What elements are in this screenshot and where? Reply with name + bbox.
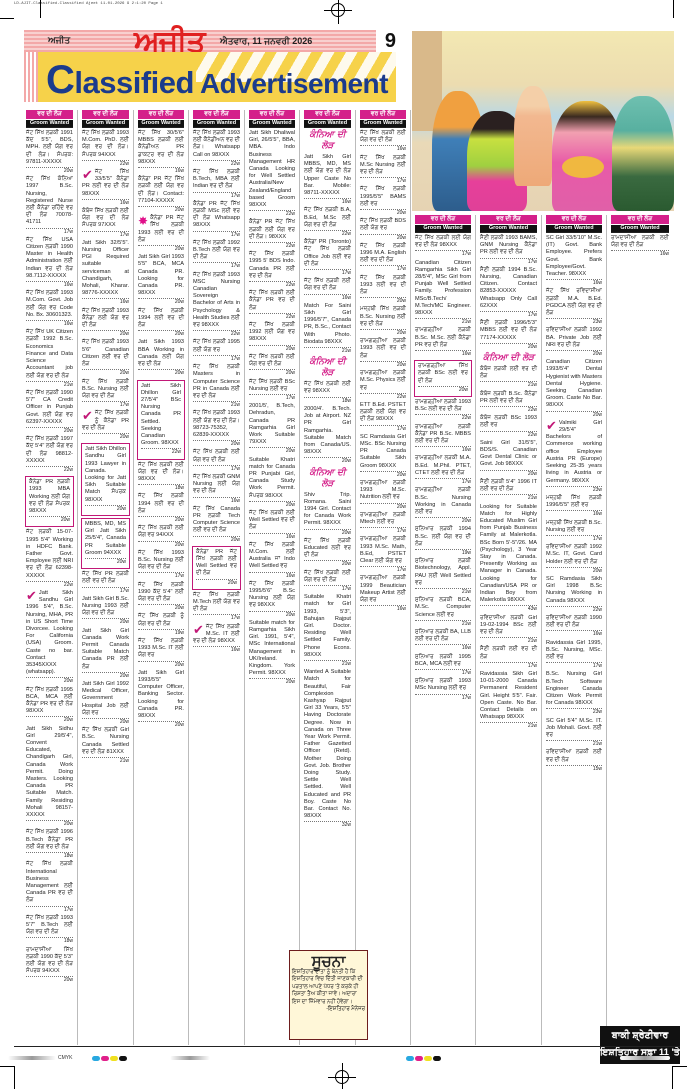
title-word-1: lassified <box>74 65 194 100</box>
ad-text: ਕੈਨੇਡਾ PR ਜੱਟ ਸਿੱਖ ਲੜਕੀ MSc ਲਈ ਵਰ ਦੀ ਲੋੜ… <box>193 201 240 229</box>
classified-ad: Jatt Sikh Sidhu Girl 29/5'4", Convent Ed… <box>22 726 77 829</box>
ad-word-count: 16w <box>249 533 295 541</box>
ad-word-count: 17w <box>360 425 406 433</box>
crop-mark <box>673 0 674 18</box>
classified-ad: Suitable Khatri match for Canada PR Punj… <box>245 457 299 509</box>
figure-child <box>514 86 552 186</box>
ad-word-count: 22w <box>26 466 73 474</box>
classified-ad: ਜੱਟ ਸਿੱਖ ਲੜਕੀ 1993 M.Com. PhD. ਲਈ ਯੋਗ ਵਰ… <box>78 130 133 168</box>
classified-ad: ਜੱਟ ਸਿੱਖ ਲੜਕੀ Girl B.Sc. Nursing Canada … <box>78 727 133 765</box>
classified-ad: ਜੱਟ ਸਿੱਖ ਲੜਕੀ 1997 ਕੱਦ 5'4" ਲਈ ਯੋਗ ਵਰ ਦੀ… <box>22 436 77 474</box>
ad-text: Match For Saini Sikh Girl 1996/5'7", Can… <box>304 303 351 345</box>
ad-word-count: 22w <box>480 431 537 439</box>
ad-text: Jatt Sikh Girl B.Sc. Nursing 1993 ਲਈ ਯੋਗ… <box>82 596 129 616</box>
classified-ad: ਰਾਮਗੜ੍ਹੀਆ ਲੜਕੀ M.A. B.Ed. M.Phil. PTET, … <box>411 455 475 486</box>
classified-ad: ਜੱਟ ਸਿੱਖ ਲੜਕੀ 1996 M.A. English ਲਈ ਵਰ ਦੀ… <box>356 243 410 274</box>
ad-text: ਜੱਟ ਸਿੱਖ ਲੜਕੀ ਲਈ Well Settled ਵਰ ਦੀ ਲੋੜ <box>249 510 295 530</box>
section-header: ਵਰ ਦੀ ਲੋੜ <box>360 110 406 119</box>
ad-word-count: 20w <box>26 976 73 984</box>
ad-text: 2001/5', B.Tech, Dehradun, Canada PR Ram… <box>249 403 295 445</box>
ad-text: ਜੱਟ ਸਿੱਖ ਲੜਕੀ 1995 BCA, MCA ਲਈ ਕੈਨੇਡਾ PR… <box>26 687 73 715</box>
ad-word-count: 20w <box>304 457 351 465</box>
ad-text: ਰਾਮਗੜ੍ਹੀਆ ਲੜਕੀ 1993 B.Sc ਲਈ ਵਰ ਦੀ ਲੋੜ <box>415 399 471 412</box>
classified-ad: MBBS, MD, MS Girl Jatt Sikh 25/5'4", Can… <box>81 518 130 569</box>
ad-text: ਜੱਟ ਸਿੱਖ ਲੜਕੀ GNM Nursing ਲਈ ਯੋਗ ਵਰ ਦੀ ਲ… <box>193 474 240 494</box>
section-subheader: Groom Wanted <box>360 120 406 128</box>
classified-ad: ਜੱਟ ਸਿੱਖ ਲੜਕੀ 1992 B.Tech ਲਈ ਯੋਗ ਵਰ ਦੀ ਲ… <box>189 240 244 271</box>
ad-text: SC Girl 33/5'10" M.Sc. (IT) Govt. Bank E… <box>546 235 602 277</box>
ad-text: ਜੱਟ ਸਿੱਖ ਲੜਕੀ ਲਈ ਯੋਗ ਵਰ ਦੀ ਲੋੜ। 98XXX <box>138 462 184 482</box>
ad-text: ਜੱਟ ਸਿੱਖ ਲੜਕੀ ਲਈ ਯੋਗ ਵਰ ਦੀ ਲੋੜ <box>360 130 406 143</box>
ad-word-count: 20w <box>138 245 184 253</box>
ad-word-count: 20w <box>82 672 129 680</box>
ad-text: ਜੱਟ ਸਿੱਖ ਰਵਿਦਾਸੀਆ ਲੜਕੀ M.A. B.Ed. PGDCA … <box>546 288 602 316</box>
ad-word-count: 20w <box>85 505 126 513</box>
classified-ad: ਜੱਟ ਸਿੱਖ ਲੜਕੀ 1995 ਲਈ ਯੋਗ ਵਰ17w <box>189 339 244 363</box>
ad-text: Jatt Sikh Girl Canada Work Permit Canada… <box>82 628 129 670</box>
section-header: ਵਰ ਦੀ ਲੋੜ <box>138 110 184 119</box>
classified-ad: ਜੱਟ ਸਿੱਖ ਲੜਕੀ 1994 ਲਈ ਵਰ ਦੀ ਲੋੜ20w <box>134 308 188 339</box>
ad-word-count: 16w <box>193 497 240 505</box>
classified-ad: ਜੱਟ ਸਿੱਖ ਲੜਕੀ ਲਈ ਯੋਗ ਵਰ ਦੀ ਲੋੜ17w <box>300 570 355 594</box>
ad-word-count: 21w <box>480 722 537 730</box>
classified-ad: Jatt Sikh Dhillon Girl 27/5'4" BSc Nursi… <box>137 380 185 460</box>
ad-word-count: 20w <box>304 529 351 537</box>
ad-text: Jatt Sikh Sandhu Girl 1996 5'4", B.Sc. N… <box>26 590 73 675</box>
ad-text: ਜੱਟ ਸਿੱਖ ਲੜਕੀ ਲਈ ਯੋਗ ਵਰ 94XXX <box>138 525 184 538</box>
ad-word-count: 16w <box>26 320 73 328</box>
classified-ad: Suitable Khatri match for Girl 1993, 5'3… <box>300 594 355 668</box>
ad-text: ਜੱਟ ਸਿੱਖ ਲੜਕੀ 1993 MSC Nursing Canadian … <box>193 272 240 328</box>
classified-ad: ਜੱਟ ਸਿੱਖ ਲੜਕੀ ਲਈ ਕੈਨੇਡਾ PR ਵਰ ਦੀ ਲੋੜ22w <box>245 290 299 321</box>
ad-text: ਜੱਟ ਸਿੱਖ 33/5'5" ਕੈਨੇਡਾ PR ਲਈ ਵਰ ਦੀ ਲੋੜ … <box>82 169 129 197</box>
category-banner: ਕੰਨਿਆ ਦੀ ਲੋੜ <box>480 353 537 364</box>
classified-ad: 2001/5', B.Tech, Dehradun, Canada PR Ram… <box>245 403 299 455</box>
ad-text: Looking for Suitable Match for Highly Ed… <box>480 504 537 604</box>
ad-text: ਜੱਟ ਲੜਕੀ 15-07-1995 5'4" Working in HDFC… <box>26 529 73 578</box>
title-word-2: Advertisement <box>200 68 388 99</box>
notice-title: ਸੂਚਨਾ <box>292 953 365 969</box>
classified-column: ਵਰ ਦੀ ਲੋੜGroom Wantedਰਾਮਦਾਸੀਆ ਲੜਕੀ ਲਈ ਯੋ… <box>607 215 673 1022</box>
ad-word-count: 21w <box>415 318 471 326</box>
ad-word-count: 20w <box>249 447 295 455</box>
footer-rule <box>14 1046 680 1047</box>
phulkari-cloth <box>562 156 604 178</box>
classified-ad: ਜੱਟ ਸਿੱਖ ਲੜਕੀ 1993 5'6" Canadian Citizen… <box>78 339 133 377</box>
ad-word-count: 17w <box>82 231 129 239</box>
ad-text: ਜੱਟ ਸਿੱਖ ਲੜਕੀ M.Tech ਲਈ ਯੋਗ ਵਰ ਦੀ ਲੋੜ <box>193 592 240 612</box>
ad-text: ਰਾਮਗੜ੍ਹੀਆ ਲੜਕੀ B.Sc. Nursing Working in … <box>415 487 471 515</box>
ad-word-count: 21w <box>480 494 537 502</box>
ad-text: ਕੰਬੋਜ ਲੜਕੀ ਲਈ ਵਰ ਦੀ ਲੋੜ <box>480 366 537 379</box>
classified-ad: Shiv Trip. Romana. Saini 1994 Girl. Cont… <box>300 492 355 537</box>
classified-ad: Valmiki Girl 29/5'4" Bachelors of Commer… <box>542 420 606 494</box>
ad-text: Jatt Sikh Girl 1993/5'5" Computer Office… <box>138 670 184 719</box>
classified-ad: ਰਵਿਦਾਸੀਆ ਲੜਕੀ Girl 19-02-1994 BSc ਲਈ ਵਰ … <box>476 615 541 646</box>
ad-text: Jatt Sikh Dhillon Sandhu Girl 1993 Lawye… <box>85 446 126 502</box>
ad-text: ਰਾਮਗੜ੍ਹੀਆ ਸਿੱਖ ਲੜਕੀ BSc ਲਈ ਵਰ ਦੀ ਲੋੜ <box>418 363 468 383</box>
classified-ad: Jatt Sikh Sandhu Girl 1996 5'4", B.Sc. N… <box>22 590 77 686</box>
classified-ad: ਰਾਮਗੜ੍ਹੀਆ ਲੜਕੀ B.Sc. Nursing Working in … <box>411 487 475 525</box>
classified-ad: Match For Saini Sikh Girl 1996/5'7", Can… <box>300 303 355 355</box>
ad-text: ਜੱਟ ਸਿੱਖ ਲੜਕੀ ਨੂੰ ਯੋਗ ਵਰ ਦੀ ਲੋੜ <box>138 613 184 626</box>
ad-text: Jatt Sikh Girl 1992 Medical Officer, Gov… <box>82 681 129 716</box>
classified-column: ਵਰ ਦੀ ਲੋੜGroom Wantedਜੱਟ ਸਿੱਖ ਲੜਕੀ 1991 … <box>22 110 77 1044</box>
ad-text: ਜੱਟ ਸਿੱਖ ਲੜਕੀ 1992 ਲਈ ਯੋਗ ਵਰ 98XXX <box>249 322 295 342</box>
classified-ad: ਕੰਬੋਜ ਲੜਕੀ ਲਈ ਵਰ ਦੀ ਲੋੜ21w <box>476 366 541 390</box>
classified-ad: ਮਜ਼੍ਹਬੀ ਸਿੱਖ ਲੜਕੀ 1996/5'5" ਲਈ ਵਰ16w <box>542 495 606 519</box>
ad-text: ਜੱਟ ਸਿੱਖ ਲੜਕੀ 1995/5'5" BAMS ਲਈ ਵਰ <box>360 186 406 206</box>
classified-ad: ਰਾਮਦਾਸੀਆ ਲੜਕੀ ਲਈ ਯੋਗ ਵਰ ਦੀ ਲੋੜ16w <box>607 235 673 259</box>
ad-text: ਜੱਟ ਸਿੱਖ ਲੜਕੀ 1993 ਲਈ ਵਰ ਦੀ ਲੋੜ <box>360 275 406 295</box>
ad-text: ਰਾਮਗੜ੍ਹੀਆ ਲੜਕੀ 1993 M.Sc. Math, B.Ed, PS… <box>360 536 406 564</box>
ad-word-count: 22w <box>480 406 537 414</box>
ad-text: ਜੱਟ ਸਿੱਖ Canada PR ਲੜਕੀ Tech Computer Sc… <box>193 506 240 534</box>
classified-ad: ਰਾਮਦਾਸੀਆ ਸਿੱਖ ਲੜਕੀ 1990 ਕੱਦ 5'3" ਲਈ ਯੋਗ … <box>22 947 77 985</box>
ad-text: Shiv Trip. Romana. Saini 1994 Girl. Cont… <box>304 492 351 527</box>
classified-column: ਵਰ ਦੀ ਲੋੜGroom Wantedਜੱਟ ਸਿੱਖ ਲੜਕੀ 1993 … <box>189 110 244 1044</box>
ad-word-count: 16w <box>82 199 129 207</box>
classified-ad: ਸੁਨਿਆਰ ਲੜਕੀ BCA, M.Sc. Computer Science … <box>411 597 475 628</box>
ad-text: ਜੱਟ ਸਿੱਖ ਲੜਕੀ 1995/5'6" B.Sc Nursing ਲਈ … <box>249 581 295 609</box>
ad-word-count: 17w <box>138 572 184 580</box>
classified-ad: ਰਵਿਦਾਸੀਆ ਲੜਕੀ ਲਈ ਵਰ ਦੀ ਲੋੜ15w <box>542 749 606 773</box>
classified-ad: ਜੱਟ ਸਿੱਖ ਲੜਕੀ ਲਈ Well Settled ਵਰ ਦੀ ਲੋੜ1… <box>245 510 299 541</box>
classified-ad: ਜੱਟ ਸਿੱਖ ਲੜਕੀ ਲਈ ਯੋਗ ਵਰ ਦੀ ਲੋੜ20w <box>245 354 299 378</box>
classified-ad: ਜੱਟ ਸਿੱਖ ਲੜਕੀ 1995/5'5" BAMS ਲਈ ਵਰ20w <box>356 186 410 217</box>
ad-text: MBBS, MD, MS Girl Jatt Sikh 25/5'4", Can… <box>85 521 126 556</box>
classified-ad: ਜੱਟ ਸਿੱਖ ਲੜਕੀ 1990 5'7" CA Credit Office… <box>22 390 77 435</box>
section-header: ਵਰ ਦੀ ਲੋੜ <box>546 215 602 224</box>
ad-word-count: 20w <box>138 369 184 377</box>
ad-text: ਜੱਟ ਸਿੱਖ ਲੜਕੀ Girl B.Sc. Nursing Canada … <box>82 727 129 755</box>
ad-word-count: 17w <box>193 192 240 200</box>
classified-ad: ਜੱਟ ਸਿੱਖ ਲੜਕੀ 1994 ਲਈ ਵਰ ਦੀ ਲੋੜ20w <box>134 493 188 524</box>
section-header: ਵਰ ਦੀ ਲੋੜ <box>82 110 129 119</box>
classified-ad: Saini Girl 31/5'5", BDS/S. Canadian Govt… <box>476 440 541 478</box>
ad-text: ਜੱਟ ਸਿੱਖ ਲੜਕੀ ਨੂੰ ਕੈਨੇਡਾ PR ਵਰ ਦੀ ਲੋੜ <box>82 410 129 430</box>
section-header: ਵਰ ਦੀ ਲੋੜ <box>611 215 669 224</box>
ad-text: Jatt Sikh 32/5'5". Nursing Officer PGI R… <box>82 240 129 296</box>
classified-ad: ਜੱਟ ਸਿੱਖ ਲੜਕੀ 1990 ਕੱਦ 5'4" ਲਈ ਯੋਗ ਵਰ ਦੀ… <box>134 582 188 613</box>
ad-word-count: 20w <box>249 678 295 686</box>
ad-word-count: 22w <box>249 313 295 321</box>
ad-text: ਰਾਮਗੜ੍ਹੀਆ ਲੜਕੀ M.Sc. Physics ਲਈ ਵਰ <box>360 370 406 390</box>
ad-word-count: 20w <box>360 209 406 217</box>
classified-ad: ਕੈਨੇਡਾ PR ਜੱਟ ਸਿੱਖ ਲੜਕੀ ਲਈ ਯੋਗ ਵਰ ਦੀ ਲੋੜ… <box>134 176 188 214</box>
classified-ad: ਸੁਨਿਆਰ ਲੜਕੀ 1994 B.Sc. ਲਈ ਯੋਗ ਵਰ ਦੀ ਲੋੜ1… <box>411 526 475 557</box>
ad-word-count: 18w <box>26 852 73 860</box>
ad-text: ਸੁਨਿਆਰ ਲੜਕੀ 1994 B.Sc. ਲਈ ਯੋਗ ਵਰ ਦੀ ਲੋੜ <box>415 526 471 546</box>
classified-ad: ਜੱਟ ਸਿੱਖ ਲੜਕੀ 1995 BCA, MCA ਲਈ ਕੈਨੇਡਾ PR… <box>22 687 77 725</box>
classified-ad: ਕੰਬੋਜ ਸਿੱਖ ਲੜਕੀ ਲਈ ਯੋਗ ਵਰ ਦੀ ਲੋੜ ਸੰਪਰਕ 9… <box>78 208 133 239</box>
classified-ad: ਰਾਮਗੜ੍ਹੀਆ ਲੜਕੀ 1993 M.Sc. Nutrition ਲਈ ਵ… <box>356 480 410 511</box>
ad-word-count: 20w <box>546 567 602 575</box>
ad-word-count: 20w <box>138 330 184 338</box>
ad-word-count: 21w <box>415 588 471 596</box>
classified-ad: ਰਾਮਗੜ੍ਹੀਆ ਲੜਕੀ ਕੈਨੇਡਾ PR B.Sc. MBBS ਲਈ ਵ… <box>411 424 475 455</box>
classified-ad: ਜੱਟ ਸਿੱਖ ਲੜਕੀ 1993 5'7" B.Tech ਲਈ ਯੋਗ ਵਰ… <box>22 915 77 946</box>
ad-word-count: 20w <box>138 604 184 612</box>
title-initial: C <box>46 58 74 102</box>
ad-word-count: 20w <box>418 386 468 394</box>
continuation-line-1: ਬਾਕੀ ਸ਼੍ਰੇਣੀਵਾਰ <box>600 1027 680 1044</box>
ad-text: ਰਾਮਗੜ੍ਹੀਆ ਲੜਕੀ ਕੈਨੇਡਾ PR B.Sc. MBBS ਲਈ ਵ… <box>415 424 471 444</box>
ad-word-count: 20w <box>26 167 73 175</box>
classified-ad: ਰਾਮਗੜ੍ਹੀਆ ਲੜਕੀ Mtech ਲਈ ਵਰ17w <box>356 512 410 536</box>
section-subheader: Groom Wanted <box>82 120 129 128</box>
classified-ad: ਕੈਨੇਡਾ PR ਜੱਟ ਸਿੱਖ ਲੜਕੀ ਲਈ Well Settled … <box>192 546 241 590</box>
decorative-stripes <box>24 52 38 102</box>
classified-ad: Jatt Sikh Dhillon Sandhu Girl 1993 Lawye… <box>81 443 130 516</box>
ad-text: ਰਵਿਦਾਸੀਆ ਲੜਕੀ 1992 M.Sc. IT, Govt. Card … <box>546 544 602 564</box>
classified-ad: B.Sc. Nursing Girl B.Tech Software Engin… <box>542 671 606 716</box>
classified-ad: Jatt Sikh Girl 1993/5'5" Computer Office… <box>134 670 188 730</box>
ad-text: ਰਾਮਗੜ੍ਹੀਆ ਲੜਕੀ Mtech ਲਈ ਵਰ <box>360 512 406 525</box>
masthead: ਅਜੀਤ ਅਜੀਤ ਐਤਵਾਰ, 11 ਜਨਵਰੀ 2026 9 Classif… <box>24 30 396 102</box>
classified-ad: Ravidassia Sikh Girl 10-01-2000 Canada P… <box>476 671 541 731</box>
ad-word-count: 17w <box>82 587 129 595</box>
ad-word-count: 20w <box>138 721 184 729</box>
ad-word-count: 16w <box>193 646 240 654</box>
ad-text: SC Ramdasia Sikh Girl 1998 B.Sc Nursing … <box>546 576 602 604</box>
page-title: ClassifiedAdvertisement <box>46 58 388 102</box>
classified-ad: Canadian Citizen 1993/5'4" Dental Hygien… <box>542 359 606 419</box>
ad-word-count: 20w <box>29 516 70 524</box>
ad-text: ਜੱਟ ਸਿੱਖ ਲੜਕੀ 1993 5'6" Canadian Citizen… <box>82 339 129 367</box>
classified-ad: ਜੱਟ ਸਿੱਖ ਲੜਕੀ M.Tech ਲਈ ਯੋਗ ਵਰ ਦੀ ਲੋੜ17w <box>189 592 244 623</box>
classified-ad: ਸੁਨਿਆਰ ਲੜਕੀ Biotechnology, Appl. PAU ਲਈ … <box>411 558 475 596</box>
ad-word-count: 18w <box>26 937 73 945</box>
classified-ad: ਜੱਟ ਸਿੱਖ ਲੜਕੀ International Business Man… <box>22 861 77 913</box>
ad-text: ਸੁਨਿਆਰ ਲੜਕੀ BCA, M.Sc. Computer Science … <box>415 597 471 617</box>
ad-text: Jatt Sikh Dhaliwal Girl, 26/5'5", BBA, M… <box>249 130 295 208</box>
ad-text: ਸੈਣੀ ਲੜਕੀ 1993 BAMS, GNM Nursing ਕੈਨੇਡਾ … <box>480 235 537 255</box>
ad-word-count: 20w <box>138 516 184 524</box>
classified-ad: ਜੱਟ ਸਿੱਖ ਲੜਕੀ ਨੂੰ ਯੋਗ ਵਰ ਦੀ ਲੋੜ19w <box>134 613 188 637</box>
ad-word-count: 20w <box>85 558 126 566</box>
classified-ad: ਕੈਨੇਡਾ PR (Toronto) ਜੱਟ ਸਿੱਖ ਲੜਕੀ Office… <box>300 239 355 277</box>
classified-ad: ਰਵਿਦਾਸੀਆ ਲੜਕੀ 1992 BA. Private Job ਲਈ NR… <box>542 327 606 358</box>
crop-mark <box>14 1066 15 1089</box>
classified-ad: ਕੈਨੇਡਾ PR ਲੜਕੀ 1993 MBA Working ਲਈ ਯੋਗ ਵ… <box>25 476 74 527</box>
classified-ad: ਕੈਨੇਡਾ PR ਜੱਟ ਸਿੱਖ ਲੜਕੀ ਲਈ ਯੋਗ ਵਰ ਦੀ ਲੋੜ… <box>245 219 299 250</box>
ad-word-count: 20w <box>138 661 184 669</box>
ad-word-count: 20w <box>138 206 184 214</box>
classified-ad: ਜੱਟ ਸਿੱਖ ਲੜਕੀ 1993 M.Com. Govt. Job ਲਈ ਯ… <box>22 290 77 328</box>
classified-ad: ਸੁਨਿਆਰ ਲੜਕੀ BA, LLB ਲਈ ਵਰ ਦੀ ਲੋੜ16w <box>411 629 475 653</box>
title-banner: ClassifiedAdvertisement <box>38 52 396 102</box>
section-header: ਵਰ ਦੀ ਲੋੜ <box>415 215 471 224</box>
registration-mark-icon <box>335 1070 349 1084</box>
ad-text: ਜੱਟ ਸਿੱਖ ਲੜਕੀ ਲਈ ਯੋਗ ਵਰ ਦੀ ਲੋੜ <box>304 278 351 291</box>
classified-ad: SC Girl 33/5'10" M.Sc. (IT) Govt. Bank E… <box>542 235 606 287</box>
classified-ad: ਜੱਟ ਲੜਕੀ 15-07-1995 5'4" Working in HDFC… <box>22 529 77 589</box>
ad-text: ਜੱਟ ਸਿੱਖ ਲੜਕੀ BDS ਲਈ ਯੋਗ ਵਰ <box>360 218 406 231</box>
section-subheader: Groom Wanted <box>415 225 471 233</box>
ad-word-count: 22w <box>304 230 351 238</box>
ad-text: ਮਜ਼੍ਹਬੀ ਸਿੱਖ ਲੜਕੀ B.Sc. Nursing ਲਈ ਵਰ ਦੀ… <box>360 306 406 326</box>
ad-word-count: 20w <box>480 470 537 478</box>
ad-text: ਸੈਣੀ ਲੜਕੀ 1994 B.Sc. Nursing, Canadian C… <box>480 267 537 309</box>
classified-ad: ਜੱਟ ਸਿੱਖ ਲੜਕੀ ਲਈ ਵਰ 98XXX18w <box>300 381 355 405</box>
ad-text: ਜੱਟ ਸਿੱਖ ਲੜਕੀ B.Sc. Nursing ਲਈ ਯੋਗ ਵਰ ਦੀ… <box>82 379 129 399</box>
ad-text: ਜੱਟ ਸਿੱਖ ਲੜਕੀ ਲਈ ਕੈਨੇਡਾ PR ਵਰ ਦੀ ਲੋੜ <box>249 290 295 310</box>
ad-text: ਜੱਟ ਸਿੱਖ ਲੜਕੀ 1992 B.Tech ਲਈ ਯੋਗ ਵਰ ਦੀ ਲ… <box>193 240 240 260</box>
classified-column: ਵਰ ਦੀ ਲੋੜGroom Wantedਜੱਟ ਸਿੱਖ ਲੜਕੀ ਲਈ ਯੋ… <box>411 215 475 1044</box>
ad-word-count: 17w <box>360 527 406 535</box>
ad-word-count: 20w <box>546 350 602 358</box>
classified-ad: ਰਾਮਗੜ੍ਹੀਆ ਲੜਕੀ 1999 Beautician Makeup Ar… <box>356 575 410 613</box>
ad-word-count: 16w <box>415 644 471 652</box>
classified-ad: ਜੱਟ ਸਿੱਖ ਲੜਕੀ M.Com. ਲਈ Australia ਜਾਂ In… <box>245 542 299 580</box>
ad-text: ਜੱਟ ਸਿੱਖ ਲੜਕੀ 1993 M.Sc. IT ਲਈ ਯੋਗ ਵਰ <box>138 638 184 658</box>
ad-word-count: 20w <box>26 716 73 724</box>
ad-text: ਕੈਨੇਡਾ PR ਜੱਟ ਸਿੱਖ ਲੜਕੀ 1993 ਲਈ ਵਰ ਦੀ ਲੋ… <box>138 215 184 243</box>
classified-ad: ਜੱਟ ਸਿੱਖ ਲੜਕੀ GNM Nursing ਲਈ ਯੋਗ ਵਰ ਦੀ ਲ… <box>189 474 244 505</box>
ad-text: ਜੱਟ ਸਿੱਖ ਲੜਕੀ M.Sc Nursing ਲਈ ਵਰ ਦੀ ਲੋੜ <box>360 155 406 175</box>
crop-mark <box>0 1066 14 1067</box>
ad-word-count: 32w <box>304 821 351 829</box>
ad-word-count: 16w <box>415 350 471 358</box>
ad-text: ਜੱਟ ਸਿੱਖ ਲੜਕੀ B.Tech, MBA ਲਈ Indian ਵਰ ਦ… <box>193 169 240 189</box>
section-subheader: Groom Wanted <box>546 225 602 233</box>
classified-ad: ਰਵਿਦਾਸੀਆ ਲੜਕੀ 1992 M.Sc. IT, Govt. Card … <box>542 544 606 575</box>
classified-ad: 2000/4'. B.Tech. Job at Airport. NZ PR G… <box>300 406 355 466</box>
classified-ad: ਜੱਟ ਸਿੱਖ ਲੜਕੀ 1993 M.Sc. IT ਲਈ ਯੋਗ ਵਰ20w <box>134 638 188 669</box>
ad-text: ਜੱਟ ਸਿੱਖ ਲੜਕੀ B.A, B.Ed, M.Sc ਲਈ ਯੋਗ ਵਰ … <box>304 207 351 227</box>
ad-word-count: 16w <box>546 279 602 287</box>
ad-text: ਰਵਿਦਾਸੀਆ ਲੜਕੀ 1990 ਲਈ ਵਰ ਦੀ ਲੋੜ <box>546 615 602 628</box>
ad-word-count: 22w <box>249 242 295 250</box>
ad-word-count: 17w <box>249 394 295 402</box>
section-header: ਵਰ ਦੀ ਲੋੜ <box>480 215 537 224</box>
section-header: ਵਰ ਦੀ ਲੋੜ <box>249 110 295 119</box>
classified-ad: Jatt Sikh Girl B.Sc. Nursing 1993 ਲਈ ਯੋਗ… <box>78 596 133 627</box>
classified-ad: ਸੁਨਿਆਰ ਲੜਕੀ 1993 MSc Nursing ਲਈ ਵਰ17w <box>411 678 475 702</box>
ad-text: ਜੱਟ ਸਿੱਖ ਲੜਕੀ 1996 M.A. English ਲਈ ਵਰ ਦੀ… <box>360 243 406 263</box>
ad-text: Suitable Khatri match for Girl 1993, 5'3… <box>304 594 351 658</box>
ad-word-count: 17w <box>26 906 73 914</box>
classified-ad: ਕੈਨੇਡਾ PR ਜੱਟ ਸਿੱਖ ਲੜਕੀ MSc ਲਈ ਵਰ ਦੀ ਲੋੜ… <box>189 201 244 239</box>
notice-body: ਇਸ਼ਤਿਹਾਰ ਦਾਤਾ ਨੂੰ ਬੇਨਤੀ ਹੈ ਕਿ ਇਸ਼ਤਿਹਾਰ ਵ… <box>292 969 365 1006</box>
ad-word-count: 17w <box>193 465 240 473</box>
ad-word-count: 19w <box>138 629 184 637</box>
ad-word-count: 18w <box>138 484 184 492</box>
ad-text: ਜੱਟ ਸਿੱਖ ਲੜਕੀ M.Com. ਲਈ Australia ਜਾਂ In… <box>249 542 295 570</box>
ad-text: ਜੱਟ ਸਿੱਖ ਲੜਕੀ 1993 M.Com. Govt. Job ਲਈ ਯ… <box>26 290 73 318</box>
ad-word-count: 20w <box>249 501 295 509</box>
classified-column: ਵਰ ਦੀ ਲੋੜGroom WantedJatt Sikh Dhaliwal … <box>245 110 299 945</box>
ad-word-count: 17w <box>480 662 537 670</box>
page-number: 9 <box>376 30 396 52</box>
ad-text: SC Ramdasia Girl MSc. BSc Nursing PR Can… <box>360 434 406 469</box>
section-subheader: Groom Wanted <box>26 120 73 128</box>
ad-word-count: 16w <box>611 250 669 258</box>
classified-ad: Suitable match for Ramgarhia Sikh Girl. … <box>245 620 299 687</box>
ad-word-count: 16w <box>249 572 295 580</box>
ad-word-count: 20w <box>360 234 406 242</box>
ad-word-count: 17w <box>26 228 73 236</box>
ad-word-count: 20w <box>82 330 129 338</box>
notice-box: ਸੂਚਨਾ ਇਸ਼ਤਿਹਾਰ ਦਾਤਾ ਨੂੰ ਬੇਨਤੀ ਹੈ ਕਿ ਇਸ਼ਤ… <box>289 950 368 1040</box>
ad-word-count: 21w <box>304 660 351 668</box>
classified-ad: ਜੱਟ ਸਿੱਖ ਕੰਨਿਆ 1997 B.Sc. Nursing, Regis… <box>22 176 77 236</box>
grey-bar <box>8 1056 56 1060</box>
classified-ad: ਰਾਮਗੜ੍ਹੀਆ ਲੜਕੀ 1993 M.Sc. Math, B.Ed, PS… <box>356 536 410 574</box>
classified-ad: ਜੱਟ ਸਿੱਖ 33/5'5" ਕੈਨੇਡਾ PR ਲਈ ਵਰ ਦੀ ਲੋੜ … <box>78 169 133 207</box>
ad-text: ਜੱਟ ਸਿੱਖ UK Citizen ਲੜਕੀ 1992 B.Sc. Econ… <box>26 329 73 378</box>
ad-text: ਰਾਮਦਾਸੀਆ ਸਿੱਖ ਲੜਕੀ 1990 ਕੱਦ 5'3" ਲਈ ਯੋਗ … <box>26 947 73 975</box>
ad-word-count: 17w <box>415 250 471 258</box>
ad-text: Jatt Sikh Girl MBBS, MD, MS ਲਈ ਯੋਗ ਵਰ ਦੀ… <box>304 154 351 196</box>
classified-ad: SC Ramdasia Girl MSc. BSc Nursing PR Can… <box>356 434 410 479</box>
ad-word-count: 17w <box>480 258 537 266</box>
classified-ad: ਜੱਟ ਸਿੱਖ ਲੜਕੀ ਲਈ ਯੋਗ ਵਰ ਦੀ ਲੋੜ17w <box>189 449 244 473</box>
classified-ad: ਜੱਟ ਸਿੱਖ ਲੜਕੀ 1995 5' BDS Indo. Canada P… <box>245 251 299 289</box>
ad-word-count: 19w <box>415 549 471 557</box>
ad-text: ਜੱਟ ਸਿੱਖ ਲੜਕੀ BSc Nursing ਲਈ ਵਰ <box>249 379 295 392</box>
section-header: ਵਰ ਦੀ ਲੋੜ <box>304 110 351 119</box>
classified-ad: Canadian Citizen Ramgarhia Sikh Girl 28/… <box>411 260 475 327</box>
classified-column: ਵਰ ਦੀ ਲੋੜGroom Wantedਕੰਨਿਆ ਦੀ ਲੋੜJatt Si… <box>300 110 355 945</box>
classified-ad: ਜੱਟ ਸਿੱਖ Canada PR ਲੜਕੀ Tech Computer Sc… <box>189 506 244 544</box>
classified-ad: Jatt Sikh 32/5'5". Nursing Officer PGI R… <box>78 240 133 307</box>
ad-text: ਜੱਟ ਸਿੱਖ ਲੜਕੀ ਲਈ ਯੋਗ ਵਰ ਦੀ ਲੋੜ <box>249 354 295 367</box>
classified-ad: Ravidassia Girl 1995, B.Sc. Nursing, MSc… <box>542 640 606 671</box>
section-subheader: Groom Wanted <box>138 120 184 128</box>
ad-text: Saini Girl 31/5'5", BDS/S. Canadian Govt… <box>480 440 537 468</box>
ad-word-count: 22w <box>415 414 471 422</box>
ad-word-count: 17w <box>546 535 602 543</box>
ad-text: ਸੁਨਿਆਰ ਲੜਕੀ Biotechnology, Appl. PAU ਲਈ … <box>415 558 471 586</box>
ad-word-count: 21w <box>480 637 537 645</box>
ad-word-count: 17w <box>193 355 240 363</box>
ad-text: ਸੈਣੀ ਲੜਕੀ ਲਈ ਵਰ ਦੀ ਲੋੜ <box>480 646 537 659</box>
ad-word-count: 22w <box>193 330 240 338</box>
ad-text: ਜੱਟ ਸਿੱਖ ਕੰਨਿਆ 1997 B.Sc. Nursing, Regis… <box>26 176 73 225</box>
ad-word-count: 17w <box>360 265 406 273</box>
classified-ad: ਕੈਨੇਡਾ PR ਜੱਟ ਸਿੱਖ ਲੜਕੀ 1993 ਲਈ ਵਰ ਦੀ ਲੋ… <box>134 215 188 253</box>
ad-text: SC Girl 5'4" M.Sc. IT. Job Mohali. Govt.… <box>546 718 602 738</box>
ad-word-count: 20w <box>26 677 73 685</box>
classified-ad: ਕੰਬੋਜ ਲੜਕੀ B.Sc. ਕੈਨੇਡਾ PR ਲਈ ਵਰ ਦੀ ਲੋੜ2… <box>476 391 541 415</box>
crop-mark <box>673 1066 687 1067</box>
ad-text: B.Sc. Nursing Girl B.Tech Software Engin… <box>546 671 602 706</box>
ad-word-count: 20w <box>360 329 406 337</box>
ad-text: ਜੱਟ ਸਿੱਖ ਲੜਕੀ 1993 5'7" B.Tech ਲਈ ਯੋਗ ਵਰ… <box>26 915 73 935</box>
ad-word-count: 22w <box>249 210 295 218</box>
ad-text: Suitable Khatri match for Canada PR Punj… <box>249 457 295 499</box>
ad-word-count: 17w <box>304 585 351 593</box>
ad-word-count: 16w <box>546 630 602 638</box>
classified-ad: ਜੱਟ ਸਿੱਖ ਲੜਕੀ ਲਈ ਯੋਗ ਵਰ ਦੀ ਲੋੜ 98XXX17w <box>411 235 475 259</box>
ad-word-count: 21w <box>193 401 240 409</box>
crop-mark <box>40 0 41 18</box>
newspaper-name-small: ਅਜੀਤ <box>48 35 70 46</box>
ad-word-count: 16w <box>415 446 471 454</box>
section-subheader: Groom Wanted <box>611 225 669 233</box>
classified-ad: ਜੱਟ ਸਿੱਖ UK Citizen ਲੜਕੀ 1992 B.Sc. Econ… <box>22 329 77 389</box>
ad-word-count: 20w <box>196 579 237 587</box>
ad-word-count: 20w <box>82 718 129 726</box>
section-subheader: Groom Wanted <box>193 120 240 128</box>
ad-word-count: 21w <box>480 381 537 389</box>
category-banner: ਕੰਨਿਆ ਦੀ ਲੋੜ <box>304 357 351 379</box>
illustration-punjabi-women <box>412 31 674 211</box>
ad-word-count: 20w <box>360 503 406 511</box>
classified-column: ਵਰ ਦੀ ਲੋੜGroom Wantedਜੱਟ ਸਿੱਖ 30/5'6" MB… <box>134 110 188 1044</box>
